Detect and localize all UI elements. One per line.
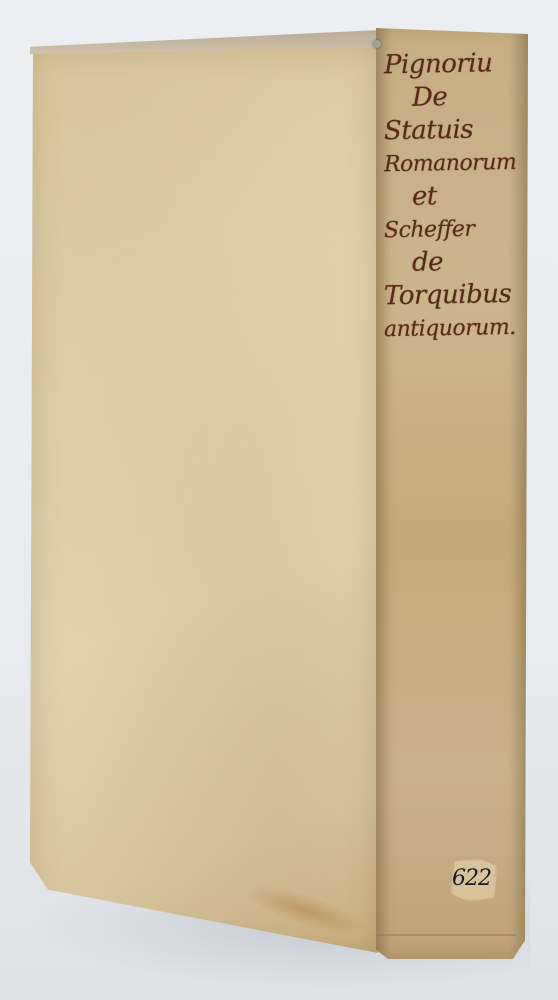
spine-line: Pignoriu: [384, 47, 529, 83]
spine-line: et: [384, 179, 529, 215]
spine-line: Statuis: [384, 113, 529, 149]
spine-line: Romanorum: [384, 146, 529, 182]
spine-title: Pignoriu De Statuis Romanorum et Scheffe…: [384, 48, 528, 345]
spine-bottom-band: [376, 934, 516, 952]
spine-line: Scheffer: [384, 212, 529, 248]
spine-line: antiquorum.: [384, 311, 529, 347]
spine-line: de: [384, 245, 529, 281]
spine-line: Torquibus: [384, 278, 529, 314]
spine-line: De: [384, 80, 529, 116]
pin-icon: [373, 40, 381, 48]
book-front-cover: [30, 48, 378, 953]
shelf-label-number: 622: [452, 866, 500, 891]
